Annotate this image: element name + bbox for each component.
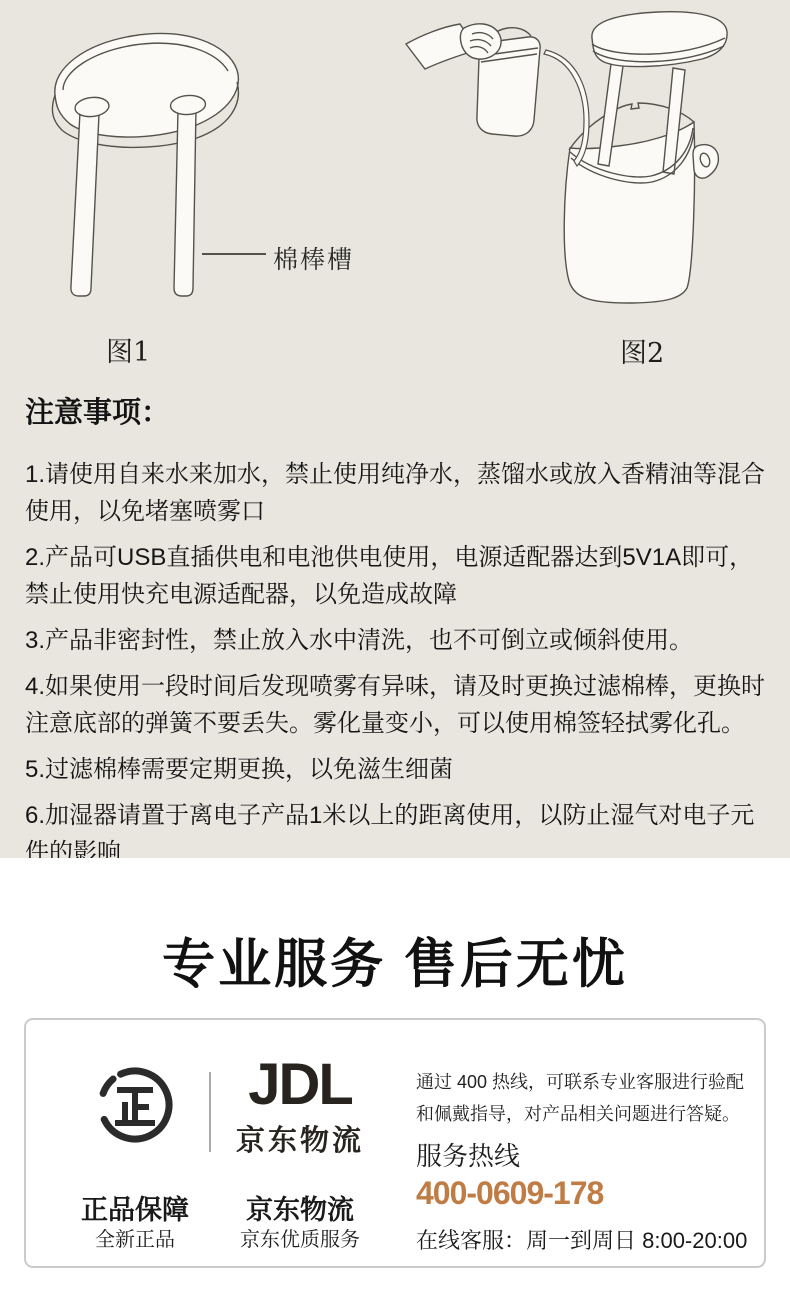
water-stream bbox=[544, 50, 589, 166]
service-heading: 专业服务 售后无忧 bbox=[0, 858, 790, 998]
authenticity-seal-icon bbox=[92, 1062, 178, 1148]
instructions-section: 棉棒槽 图1 图2 注意事项： 1.请使用自来水来加水，禁止使用纯净水，蒸馏水或… bbox=[0, 0, 790, 858]
note-item-3: 3.产品非密封性，禁止放入水中清洗，也不可倒立或倾斜使用。 bbox=[25, 622, 773, 659]
zheng-character bbox=[115, 1087, 155, 1126]
online-service-hours: 在线客服：周一到周日 8:00-20:00 bbox=[416, 1224, 756, 1255]
jdl-logo-icon: JDL bbox=[200, 1054, 400, 1116]
jdl-logo-caption: 京东物流 bbox=[200, 1118, 400, 1159]
callout-label: 棉棒槽 bbox=[273, 240, 354, 276]
figure2-label: 图2 bbox=[620, 331, 664, 370]
note-item-1: 1.请使用自来水来加水，禁止使用纯净水，蒸馏水或放入香精油等混合使用，以免堵塞喷… bbox=[25, 456, 773, 530]
figure1-label: 图1 bbox=[106, 330, 150, 369]
service-box: 正品保障 全新正品 JDL 京东物流 京东物流 京东优质服务 通过 400 热线… bbox=[24, 1018, 766, 1268]
figure1-swab-slot-drawing bbox=[0, 0, 400, 375]
product-detail-page: 棉棒槽 图1 图2 注意事项： 1.请使用自来水来加水，禁止使用纯净水，蒸馏水或… bbox=[0, 0, 790, 1300]
service-description: 通过 400 热线，可联系专业客服进行验配和佩戴指导，对产品相关问题进行答疑。 bbox=[416, 1066, 756, 1130]
notes-block: 注意事项： 1.请使用自来水来加水，禁止使用纯净水，蒸馏水或放入香精油等混合使用… bbox=[25, 390, 773, 880]
badge-subtitle: 全新正品 bbox=[50, 1223, 220, 1252]
badge-title: 京东物流 bbox=[200, 1188, 400, 1227]
badge-title: 正品保障 bbox=[50, 1188, 220, 1227]
hotline-number: 400-0609-178 bbox=[416, 1175, 756, 1212]
jdl-badge: JDL 京东物流 京东物流 京东优质服务 bbox=[200, 1020, 400, 1159]
after-sales-section: 专业服务 售后无忧 正品保障 全新正品 bbox=[0, 858, 790, 1300]
figure2-filling-drawing bbox=[380, 0, 790, 375]
authenticity-badge: 正品保障 全新正品 bbox=[50, 1020, 220, 1153]
hotline-label: 服务热线 bbox=[416, 1136, 756, 1173]
service-info: 通过 400 热线，可联系专业客服进行验配和佩戴指导，对产品相关问题进行答疑。 … bbox=[416, 1066, 756, 1255]
note-item-2: 2.产品可USB直插供电和电池供电使用，电源适配器达到5V1A即可，禁止使用快充… bbox=[25, 539, 773, 613]
notes-title: 注意事项： bbox=[25, 390, 773, 431]
note-item-5: 5.过滤棉棒需要定期更换，以免滋生细菌 bbox=[25, 751, 773, 788]
badge-subtitle: 京东优质服务 bbox=[200, 1223, 400, 1252]
note-item-4: 4.如果使用一段时间后发现喷雾有异味，请及时更换过滤棉棒，更换时注意底部的弹簧不… bbox=[25, 668, 773, 742]
